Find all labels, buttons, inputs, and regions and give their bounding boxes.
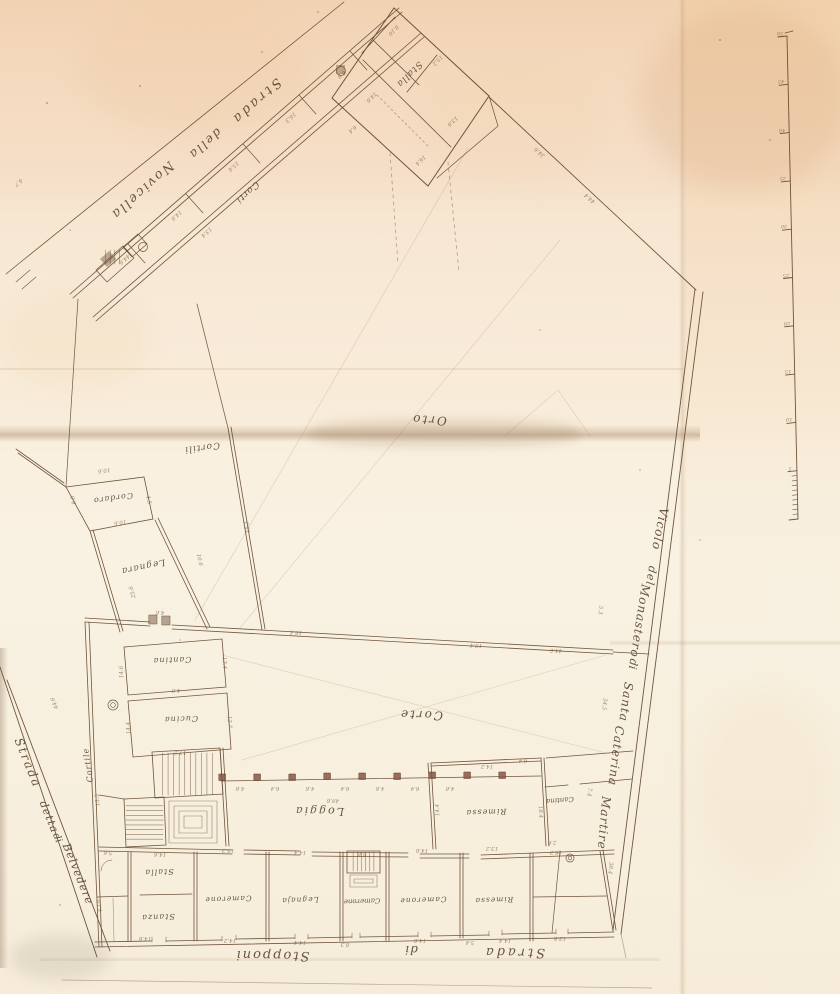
left-wing-lines: [85, 622, 231, 947]
dashed-projection-lines: [377, 95, 459, 272]
street-novicella-lines: [6, 2, 424, 321]
stair-hatching: [106, 250, 374, 871]
street-vicolo-lines: [613, 289, 703, 958]
scale-bar: [778, 31, 798, 520]
loggia-lines: [99, 776, 614, 859]
ink-specks: [46, 11, 771, 906]
pencil-lines: [195, 148, 606, 760]
sheet: StradadellaNovicellaVicolodelMonasterodi…: [0, 0, 840, 994]
top-block-lines: [332, 8, 498, 186]
main-top-wall: [85, 615, 649, 654]
loggia-columns: [219, 772, 506, 781]
bottom-rooms-lines: [95, 850, 616, 947]
plan-linework: [0, 0, 840, 994]
orto-boundary: [489, 97, 696, 290]
east-rooms-lines: [428, 751, 633, 862]
street-stopponi-line: [62, 980, 652, 988]
west-sector-lines: [16, 299, 265, 632]
